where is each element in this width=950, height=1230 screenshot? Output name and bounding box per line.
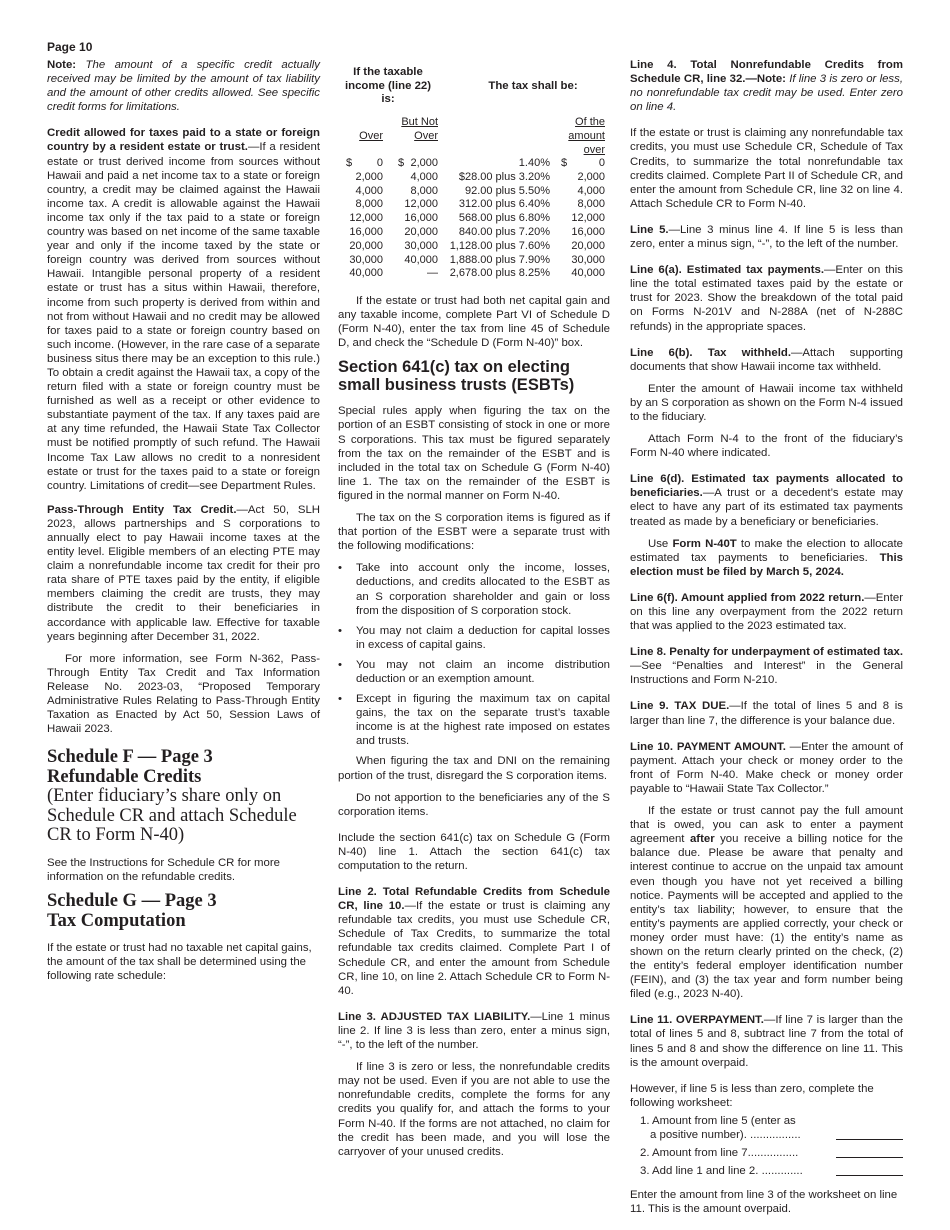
schedule-f-subtitle: Refundable Credits bbox=[47, 768, 320, 788]
list-item: You may not claim a deduction for capita… bbox=[338, 624, 610, 652]
cell-tax: 1,888.00 plus 7.90% bbox=[448, 254, 550, 267]
cell-not-over: — bbox=[398, 267, 438, 280]
cell-not-over: 2,000 bbox=[398, 157, 438, 170]
cell-not-over: 8,000 bbox=[398, 185, 438, 198]
cell-over: 40,000 bbox=[346, 267, 383, 280]
list-item: Except in figuring the maximum tax on ca… bbox=[338, 692, 610, 748]
worksheet-entry-line[interactable] bbox=[836, 1157, 903, 1158]
line-6a-paragraph: Line 6(a). Estimated tax payments.—Enter… bbox=[630, 263, 903, 333]
table-header: If the taxable income (line 22) is: The … bbox=[338, 64, 610, 157]
cell-not-over: 20,000 bbox=[398, 226, 438, 239]
line-3-paragraph-2: If line 3 is zero or less, the nonrefund… bbox=[338, 1060, 610, 1159]
column-2: If the estate or trust had both net capi… bbox=[338, 294, 610, 1167]
cell-tax: 840.00 plus 7.20% bbox=[448, 226, 550, 239]
line-6d-paragraph: Line 6(d). Estimated tax payments alloca… bbox=[630, 472, 903, 528]
form-n40t-reference: Form N-40T bbox=[672, 538, 736, 550]
cell-of-amount: 8,000 bbox=[561, 198, 605, 211]
col-header-amount: amount bbox=[561, 130, 605, 143]
cell-over: 4,000 bbox=[346, 185, 383, 198]
line-6b-paragraph-3: Attach Form N-4 to the front of the fidu… bbox=[630, 432, 903, 460]
line-6a-heading: Line 6(a). Estimated tax payments. bbox=[630, 264, 824, 276]
schedule-g-section: Schedule G — Page 3 Tax Computation If t… bbox=[47, 892, 320, 983]
cell-not-over: 40,000 bbox=[398, 254, 438, 267]
schedule-g-text: If the estate or trust had no taxable ne… bbox=[47, 941, 320, 983]
cell-tax: 92.00 plus 5.50% bbox=[448, 185, 550, 198]
worksheet-entry-line[interactable] bbox=[836, 1139, 903, 1140]
line-5-heading: Line 5. bbox=[630, 224, 669, 236]
cell-of-amount: 12,000 bbox=[561, 212, 605, 225]
column-1: Note: The amount of a specific credit ac… bbox=[47, 58, 320, 991]
line-9-heading: Line 9. TAX DUE. bbox=[630, 700, 729, 712]
esbt-paragraph-4: Do not apportion to the beneficiaries an… bbox=[338, 791, 610, 819]
pte-paragraph: Pass-Through Entity Tax Credit.—Act 50, … bbox=[47, 503, 320, 644]
cell-over: 0 bbox=[346, 157, 383, 170]
line-6f-heading: Line 6(f). Amount applied from 2022 retu… bbox=[630, 592, 864, 604]
cell-tax: $28.00 plus 3.20% bbox=[448, 171, 550, 184]
schedule-g-subtitle: Tax Computation bbox=[47, 912, 320, 932]
line-2-text: —If the estate or trust is claiming any … bbox=[338, 900, 610, 997]
table-row: 16,000 20,000 840.00 plus 7.20% 16,000 bbox=[338, 226, 610, 240]
line-4-paragraph: Line 4. Total Nonrefundable Credits from… bbox=[630, 58, 903, 114]
table-row: $ 0 $ 2,000 1.40% $ 0 bbox=[338, 157, 610, 171]
line-8-heading: Line 8. Penalty for underpayment of esti… bbox=[630, 646, 903, 658]
worksheet-label: 3. Add line 1 and line 2. ............. bbox=[640, 1164, 815, 1178]
line-6b-paragraph-2: Enter the amount of Hawaii income tax wi… bbox=[630, 382, 903, 424]
cell-tax: 1,128.00 plus 7.60% bbox=[448, 240, 550, 253]
capital-gain-paragraph: If the estate or trust had both net capi… bbox=[338, 294, 610, 350]
worksheet-row-2: 2. Amount from line 7................ bbox=[630, 1146, 903, 1160]
text-run: Use bbox=[648, 538, 672, 550]
line-3-heading: Line 3. ADJUSTED TAX LIABILITY. bbox=[338, 1011, 530, 1023]
header-taxable-income: If the taxable income (line 22) is: bbox=[343, 66, 433, 107]
cell-not-over: 12,000 bbox=[398, 198, 438, 211]
list-item: You may not claim an income distribution… bbox=[338, 658, 610, 686]
pte-heading: Pass-Through Entity Tax Credit. bbox=[47, 504, 237, 516]
credit-state-text: —If a resident estate or trust derived i… bbox=[47, 141, 320, 491]
emphasis-after: after bbox=[690, 833, 715, 845]
col-header-of-the: Of the bbox=[561, 116, 605, 129]
col-header-but-not: But Not bbox=[398, 116, 438, 129]
cell-tax: 312.00 plus 6.40% bbox=[448, 198, 550, 211]
cell-tax: 1.40% bbox=[448, 157, 550, 170]
esbt-paragraph-1: Special rules apply when figuring the ta… bbox=[338, 404, 610, 503]
line-4-note-label: —Note: bbox=[745, 73, 786, 85]
cell-over: 30,000 bbox=[346, 254, 383, 267]
pte-text: —Act 50, SLH 2023, allows partnerships a… bbox=[47, 504, 320, 643]
worksheet-label: 2. Amount from line 7................ bbox=[640, 1146, 815, 1160]
esbt-heading: Section 641(c) tax on electing small bus… bbox=[338, 358, 610, 394]
esbt-modifications-list: Take into account only the income, losse… bbox=[338, 561, 610, 748]
schedule-g-title: Schedule G — Page 3 bbox=[47, 892, 320, 912]
line-10-heading: Line 10. PAYMENT AMOUNT. bbox=[630, 741, 786, 753]
cell-over: 8,000 bbox=[346, 198, 383, 211]
col-header-over-2: over bbox=[561, 144, 605, 157]
worksheet-label-cont: a positive number). ................ bbox=[640, 1128, 825, 1142]
note-label: Note: bbox=[47, 59, 76, 71]
cell-not-over: 30,000 bbox=[398, 240, 438, 253]
line-3-paragraph: Line 3. ADJUSTED TAX LIABILITY.—Line 1 m… bbox=[338, 1010, 610, 1052]
col-header-over: Over bbox=[352, 130, 383, 143]
overpayment-worksheet: 1. Amount from line 5 (enter as a positi… bbox=[630, 1114, 903, 1178]
line-10-paragraph-2: If the estate or trust cannot pay the fu… bbox=[630, 804, 903, 1001]
worksheet-row-3: 3. Add line 1 and line 2. ............. bbox=[630, 1164, 903, 1178]
esbt-paragraph-5: Include the section 641(c) tax on Schedu… bbox=[338, 831, 610, 873]
credit-state-paragraph: Credit allowed for taxes paid to a state… bbox=[47, 126, 320, 492]
cell-of-amount: 20,000 bbox=[561, 240, 605, 253]
schedule-f-text: See the Instructions for Schedule CR for… bbox=[47, 856, 320, 884]
table-row: 8,000 12,000 312.00 plus 6.40% 8,000 bbox=[338, 198, 610, 212]
table-row: 12,000 16,000 568.00 plus 6.80% 12,000 bbox=[338, 212, 610, 226]
column-3: Line 4. Total Nonrefundable Credits from… bbox=[630, 58, 903, 1224]
line-4-text: If the estate or trust is claiming any n… bbox=[630, 126, 903, 211]
cell-tax: 568.00 plus 6.80% bbox=[448, 212, 550, 225]
cell-over: 12,000 bbox=[346, 212, 383, 225]
note-paragraph: Note: The amount of a specific credit ac… bbox=[47, 58, 320, 114]
line-2-paragraph: Line 2. Total Refundable Credits from Sc… bbox=[338, 885, 610, 998]
line-11-paragraph: Line 11. OVERPAYMENT.—If line 7 is large… bbox=[630, 1013, 903, 1069]
table-row: 2,000 4,000 $28.00 plus 3.20% 2,000 bbox=[338, 171, 610, 185]
esbt-paragraph-2: The tax on the S corporation items is fi… bbox=[338, 511, 610, 553]
line-9-paragraph: Line 9. TAX DUE.—If the total of lines 5… bbox=[630, 699, 903, 727]
worksheet-label: 1. Amount from line 5 (enter as bbox=[640, 1114, 815, 1128]
line-6f-paragraph: Line 6(f). Amount applied from 2022 retu… bbox=[630, 591, 903, 633]
line-11-paragraph-3: Enter the amount from line 3 of the work… bbox=[630, 1188, 903, 1216]
esbt-paragraph-3: When figuring the tax and DNI on the rem… bbox=[338, 754, 610, 782]
schedule-f-instructions: (Enter fiduciary’s share only on Schedul… bbox=[47, 787, 320, 846]
line-6d-paragraph-2: Use Form N-40T to make the election to a… bbox=[630, 537, 903, 579]
cell-of-amount: 40,000 bbox=[561, 267, 605, 280]
cell-not-over: 16,000 bbox=[398, 212, 438, 225]
table-row: 20,000 30,000 1,128.00 plus 7.60% 20,000 bbox=[338, 240, 610, 254]
line-6b-paragraph: Line 6(b). Tax withheld.—Attach supporti… bbox=[630, 346, 903, 374]
line-11-paragraph-2: However, if line 5 is less than zero, co… bbox=[630, 1082, 903, 1110]
table-row: 40,000 — 2,678.00 plus 8.25% 40,000 bbox=[338, 267, 610, 281]
cell-over: 20,000 bbox=[346, 240, 383, 253]
pte-more-paragraph: For more information, see Form N-362, Pa… bbox=[47, 652, 320, 737]
cell-of-amount: 2,000 bbox=[561, 171, 605, 184]
cell-tax: 2,678.00 plus 8.25% bbox=[448, 267, 550, 280]
line-5-paragraph: Line 5.—Line 3 minus line 4. If line 5 i… bbox=[630, 223, 903, 251]
line-10-paragraph: Line 10. PAYMENT AMOUNT. —Enter the amou… bbox=[630, 740, 903, 796]
line-8-paragraph: Line 8. Penalty for underpayment of esti… bbox=[630, 645, 903, 687]
line-6b-heading: Line 6(b). Tax withheld. bbox=[630, 347, 791, 359]
page-number: Page 10 bbox=[47, 40, 92, 54]
cell-of-amount: 0 bbox=[561, 157, 605, 170]
table-row: 4,000 8,000 92.00 plus 5.50% 4,000 bbox=[338, 185, 610, 199]
cell-of-amount: 30,000 bbox=[561, 254, 605, 267]
text-run: you receive a billing notice for the bal… bbox=[630, 833, 903, 1000]
worksheet-row-1: 1. Amount from line 5 (enter as a positi… bbox=[630, 1114, 903, 1142]
cell-over: 2,000 bbox=[346, 171, 383, 184]
tax-rate-schedule-table: If the taxable income (line 22) is: The … bbox=[338, 64, 610, 281]
schedule-f-title: Schedule F — Page 3 bbox=[47, 748, 320, 768]
header-tax-shall-be: The tax shall be: bbox=[478, 80, 588, 93]
schedule-f-section: Schedule F — Page 3 Refundable Credits (… bbox=[47, 748, 320, 884]
line-11-heading: Line 11. OVERPAYMENT. bbox=[630, 1014, 764, 1026]
col-header-but-not-over: Over bbox=[398, 130, 438, 143]
worksheet-entry-line[interactable] bbox=[836, 1175, 903, 1176]
cell-over: 16,000 bbox=[346, 226, 383, 239]
cell-of-amount: 16,000 bbox=[561, 226, 605, 239]
note-text: The amount of a specific credit actually… bbox=[47, 59, 320, 113]
table-row: 30,000 40,000 1,888.00 plus 7.90% 30,000 bbox=[338, 254, 610, 268]
list-item: Take into account only the income, losse… bbox=[338, 561, 610, 617]
line-8-text: —See “Penalties and Interest” in the Gen… bbox=[630, 660, 903, 686]
line-5-text: —Line 3 minus line 4. If line 5 is less … bbox=[630, 224, 903, 250]
cell-of-amount: 4,000 bbox=[561, 185, 605, 198]
cell-not-over: 4,000 bbox=[398, 171, 438, 184]
